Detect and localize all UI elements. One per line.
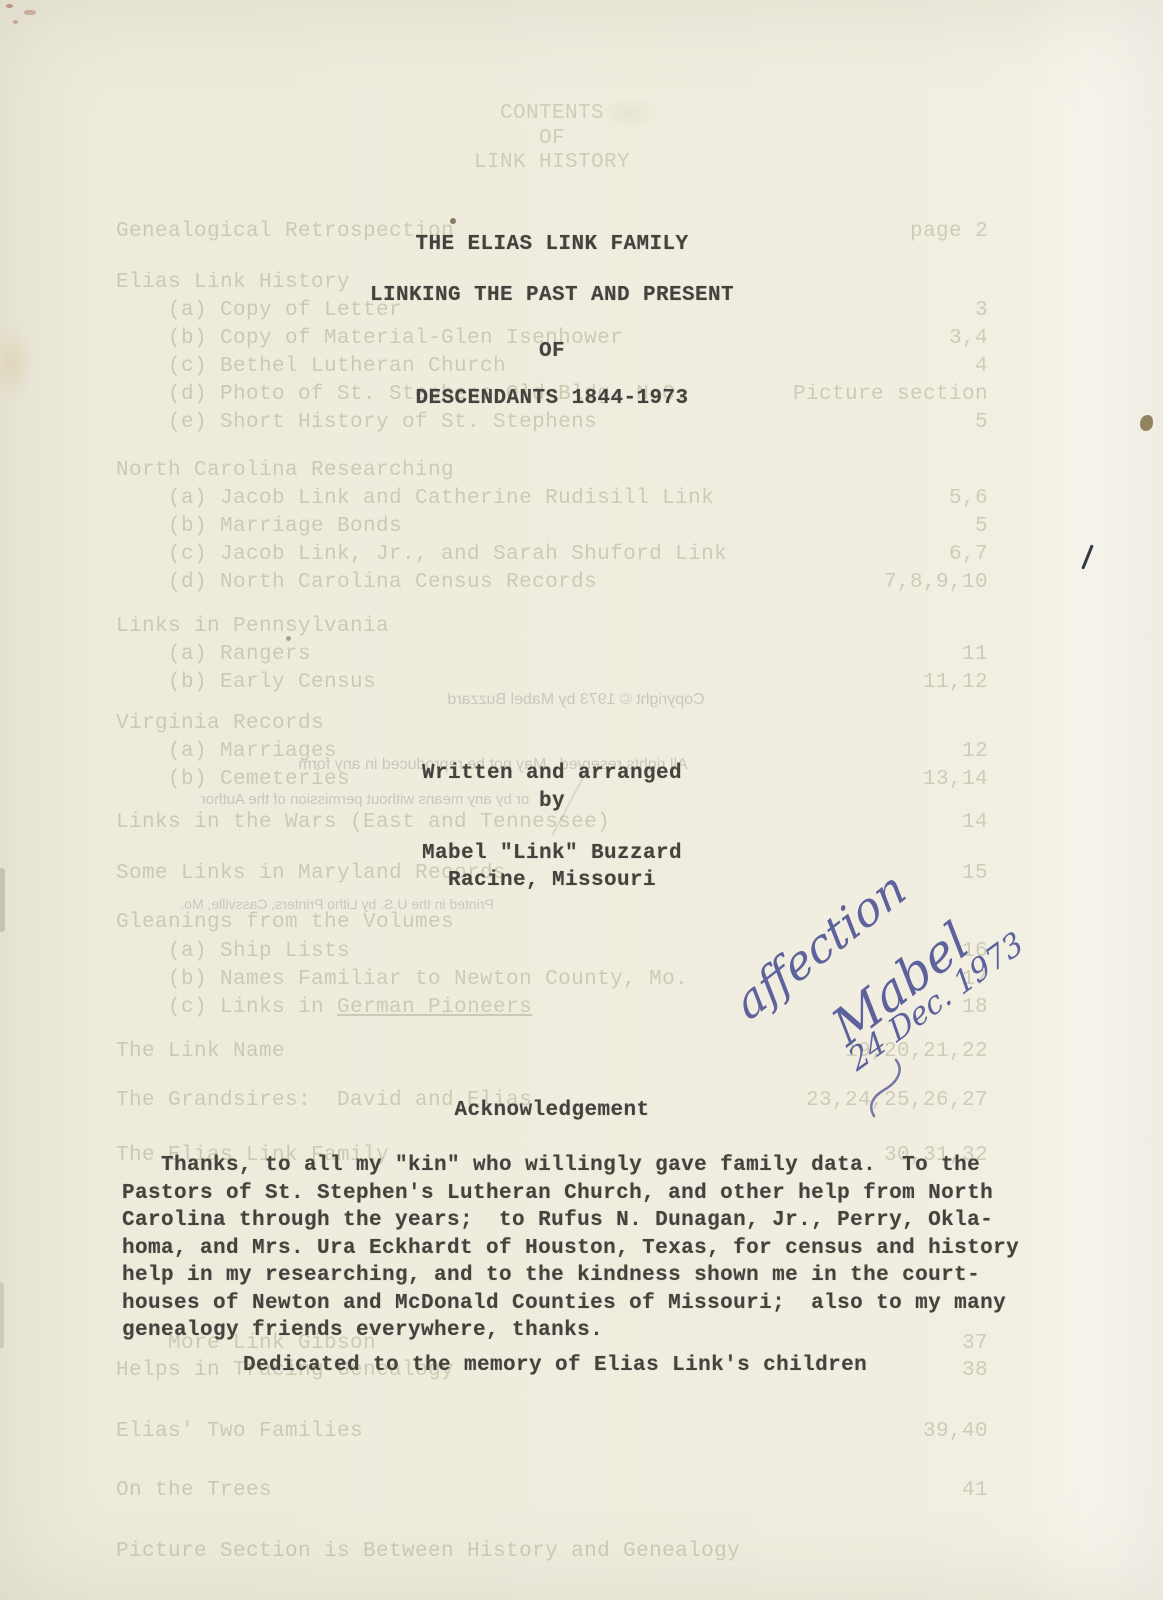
title-line: THE ELIAS LINK FAMILY: [116, 234, 988, 255]
ghost-toc-page: 11,12: [923, 672, 988, 693]
title-line: DESCENDANTS 1844-1973: [116, 388, 988, 409]
ghost-toc-text: Virginia Records: [116, 713, 324, 734]
ghost-toc-text: (a) Ship Lists: [116, 941, 350, 962]
acknowledgement-line: homa, and Mrs. Ura Eckhardt of Houston, …: [122, 1238, 1019, 1259]
ghost-toc-text: (a) Jacob Link and Catherine Rudisill Li…: [116, 488, 714, 509]
ghost-toc-text: (c) Jacob Link, Jr., and Sarah Shuford L…: [116, 544, 727, 565]
acknowledgement-line: genealogy friends everywhere, thanks.: [122, 1320, 603, 1341]
edge-shadow: [0, 1282, 4, 1348]
pen-flourish: [858, 1056, 904, 1118]
ghost-toc-row: Links in Pennsylvania: [116, 616, 988, 637]
author-name: Mabel "Link" Buzzard: [116, 843, 988, 864]
ghost-toc-row: (e) Short History of St. Stephens5: [116, 412, 988, 433]
ghost-toc-text: (a) Marriages: [116, 741, 337, 762]
red-speck: [13, 20, 18, 24]
ghost-toc-row: (a) Marriages12: [116, 741, 988, 762]
ghost-toc-row: (a) Rangers11: [116, 644, 988, 665]
acknowledgement-line: Carolina through the years; to Rufus N. …: [122, 1210, 993, 1231]
ghost-toc-text: (d) North Carolina Census Records: [116, 572, 597, 593]
ghost-toc-text: Gleanings from the Volumes: [116, 912, 454, 933]
ghost-toc-text: On the Trees: [116, 1480, 272, 1501]
ghost-toc-row: (b) Early Census11,12: [116, 672, 988, 693]
ghost-toc-row: (a) Jacob Link and Catherine Rudisill Li…: [116, 488, 988, 509]
ghost-toc-page: 5: [975, 412, 988, 433]
ghost-toc-header: CONTENTS: [116, 103, 988, 124]
ink-slash-mark: [1081, 544, 1094, 569]
ghost-toc-row: North Carolina Researching: [116, 460, 988, 481]
ghost-toc-page: 14: [962, 812, 988, 833]
ghost-toc-row: (d) North Carolina Census Records7,8,9,1…: [116, 572, 988, 593]
ghost-toc-row: On the Trees41: [116, 1480, 988, 1501]
ghost-toc-page: 37: [962, 1333, 988, 1354]
ghost-toc-page: 11: [962, 644, 988, 665]
byline-line: Written and arranged: [116, 763, 988, 784]
ghost-toc-row: Links in the Wars (East and Tennessee)14: [116, 812, 988, 833]
ghost-toc-page: 6,7: [949, 544, 988, 565]
ghost-toc-row: (c) Jacob Link, Jr., and Sarah Shuford L…: [116, 544, 988, 565]
ghost-toc-header: OF: [116, 128, 988, 149]
acknowledgement-line: houses of Newton and McDonald Counties o…: [122, 1293, 1006, 1314]
scanned-page: Copyright © 1973 by Mabel Buzzard All ri…: [0, 0, 1163, 1600]
ghost-toc-row: Virginia Records: [116, 713, 988, 734]
ghost-toc-text: (e) Short History of St. Stephens: [116, 412, 597, 433]
ghost-toc-text: Picture Section is Between History and G…: [116, 1541, 740, 1562]
ghost-toc-text: (b) Marriage Bonds: [116, 516, 402, 537]
ghost-toc-row: (b) Marriage Bonds5: [116, 516, 988, 537]
ghost-toc-page: 5,6: [949, 488, 988, 509]
ghost-verso-line: Printed in the U.S. by Litho Printers, C…: [172, 897, 502, 911]
dust-speck: [450, 218, 456, 224]
ghost-toc-text: North Carolina Researching: [116, 460, 454, 481]
title-line: OF: [116, 341, 988, 362]
byline-line: by: [116, 791, 988, 812]
ghost-toc-page: 12: [962, 741, 988, 762]
ghost-toc-page: 5: [975, 516, 988, 537]
edge-shadow: [0, 868, 5, 932]
ghost-toc-page: 38: [962, 1360, 988, 1381]
ghost-toc-text: The Link Name: [116, 1041, 285, 1062]
red-speck: [24, 10, 36, 15]
dedication-line: Dedicated to the memory of Elias Link's …: [243, 1355, 867, 1376]
ghost-toc-page: 7,8,9,10: [884, 572, 988, 593]
ghost-toc-text: (c) Links in German Pioneers: [116, 997, 532, 1018]
acknowledgement-line: Pastors of St. Stephen's Lutheran Church…: [122, 1183, 993, 1204]
ghost-toc-text: (b) Names Familiar to Newton County, Mo.: [116, 969, 688, 990]
ghost-toc-text: Elias' Two Families: [116, 1421, 363, 1442]
ghost-toc-text: (b) Early Census: [116, 672, 376, 693]
ghost-toc-text: (c) Links in: [116, 996, 337, 1019]
ghost-toc-text: (a) Rangers: [116, 644, 311, 665]
ghost-toc-underlined-text: German Pioneers: [337, 996, 532, 1019]
dirt-blob: [1140, 415, 1153, 431]
ghost-toc-row: Picture Section is Between History and G…: [116, 1541, 988, 1562]
ghost-toc-page: 39,40: [923, 1421, 988, 1442]
ghost-verso-line: Copyright © 1973 by Mabel Buzzard: [430, 692, 722, 708]
ghost-toc-header: LINK HISTORY: [116, 152, 988, 173]
dust-speck: [286, 636, 291, 641]
paper-stain: [0, 322, 34, 402]
ghost-toc-text: Links in the Wars (East and Tennessee): [116, 812, 610, 833]
ghost-toc-row: Elias' Two Families39,40: [116, 1421, 988, 1442]
ghost-toc-page: 41: [962, 1480, 988, 1501]
acknowledgement-line: Thanks, to all my "kin" who willingly ga…: [122, 1155, 980, 1176]
red-speck: [6, 4, 13, 8]
ghost-toc-text: Links in Pennsylvania: [116, 616, 389, 637]
title-line: LINKING THE PAST AND PRESENT: [116, 285, 988, 306]
acknowledgement-line: help in my researching, and to the kindn…: [122, 1265, 980, 1286]
